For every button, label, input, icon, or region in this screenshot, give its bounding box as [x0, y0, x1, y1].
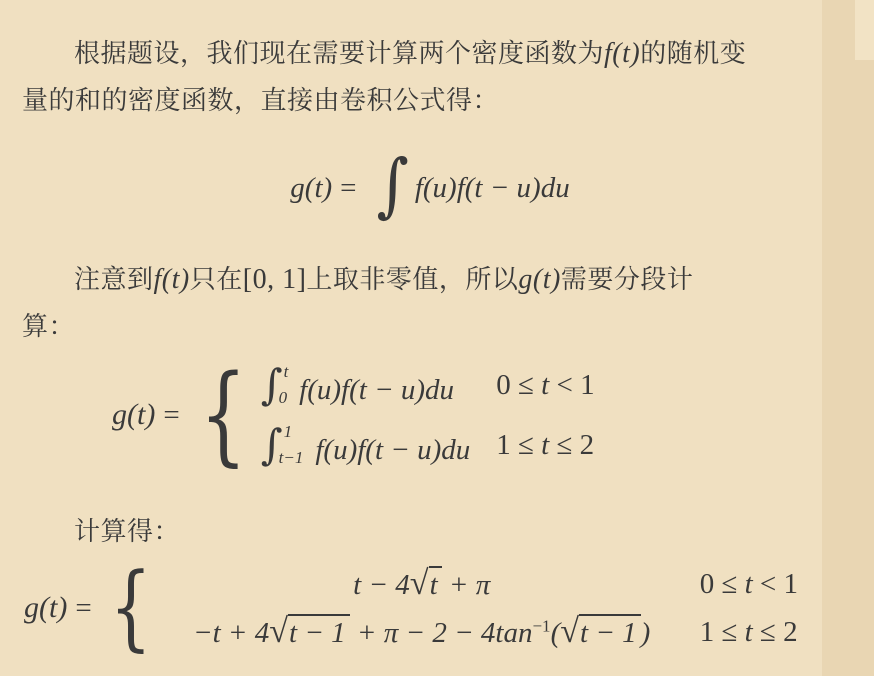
formula-piecewise-result: g(t) = { t − 4√t + π 0 ≤ t < 1 −t + 4√t …	[24, 566, 798, 650]
f1-equals-sign: =	[340, 172, 356, 205]
f3-left-brace: {	[110, 562, 152, 654]
paragraph-3-line: 计算得：	[22, 508, 852, 554]
f2-case-1-lower-limit: 0	[279, 388, 288, 408]
f3-case-1-expression: t − 4√t + π	[166, 566, 678, 602]
paragraph-2: 注意到f(t)只在[0, 1]上取非零值，所以g(t)需要分段计 算：	[22, 256, 852, 349]
f2-case-1-condition: 0 ≤ t < 1	[496, 369, 594, 402]
f2-case-2-integral: ∫1t−1	[261, 422, 309, 468]
f2-case-2-lower-limit: t−1	[279, 448, 304, 468]
cond-var: t	[745, 616, 753, 648]
p1-inline-math-f-t: f(t)	[604, 38, 640, 69]
formula-convolution: g(t) = ∫ f(u)f(t − u)du	[0, 146, 860, 230]
f3-lhs: g(t)	[24, 591, 67, 625]
p2-text-d: 需要分段计	[561, 264, 694, 294]
p2-inline-math-g-t: g(t)	[518, 264, 560, 295]
f2-case-1-integral: ∫t0	[261, 362, 292, 408]
f3-cases: t − 4√t + π 0 ≤ t < 1 −t + 4√t − 1 + π −…	[166, 566, 798, 650]
f2-case-2-expression: ∫1t−1f(u)f(t − u)du	[261, 422, 470, 468]
f2-left-brace: {	[200, 361, 247, 468]
cond-pre: 1 ≤	[496, 429, 541, 461]
p1-line2-text: 量的和的密度函数，直接由卷积公式得：	[22, 85, 499, 115]
p2-inline-math-interval: [0, 1]	[243, 264, 307, 295]
f3-case-2-sqrt-1: √t − 1	[269, 614, 349, 650]
top-right-corner-patch	[855, 0, 874, 60]
cond-pre: 0 ≤	[496, 369, 541, 401]
f3-arctan-exponent: −1	[532, 616, 550, 635]
paragraph-1-line-1: 根据题设，我们现在需要计算两个密度函数为f(t)的随机变	[22, 30, 852, 77]
f2-case-2-limits: 1t−1	[284, 422, 309, 468]
p1-text-b: 的随机变	[640, 38, 746, 68]
f3-case-2-mid: + π − 2 − 4tan	[350, 617, 533, 649]
cond-post: < 1	[753, 568, 798, 600]
cond-pre: 1 ≤	[700, 616, 745, 648]
cond-var: t	[745, 568, 753, 600]
f1-integrand: f(u)f(t − u)du	[415, 172, 570, 205]
f2-equals-sign: =	[163, 399, 179, 432]
p2-text-b: 只在	[190, 264, 243, 294]
f3-case-2-expression: −t + 4√t − 1 + π − 2 − 4tan−1(√t − 1)	[166, 614, 678, 650]
f2-case-2-condition: 1 ≤ t ≤ 2	[496, 429, 594, 462]
cond-post: ≤ 2	[753, 616, 798, 648]
f2-case-2-upper-limit: 1	[284, 422, 309, 442]
f2-case-2-integrand: f(u)f(t − u)du	[315, 434, 470, 466]
f2-case-1-limits: t0	[284, 362, 293, 408]
f3-case-1-condition: 0 ≤ t < 1	[700, 568, 798, 601]
radical-sign: √	[560, 618, 579, 645]
paragraph-2-line-2: 算：	[22, 303, 852, 349]
f3-case-2-pre: −t + 4	[193, 617, 269, 649]
f3-case-2-radicand-2: t − 1	[579, 614, 641, 650]
f3-case-2-radicand-1: t − 1	[288, 614, 350, 650]
f2-case-1-expression: ∫t0f(u)f(t − u)du	[261, 362, 470, 408]
paragraph-2-line-1: 注意到f(t)只在[0, 1]上取非零值，所以g(t)需要分段计	[22, 256, 852, 303]
f3-case-1-post: + π	[442, 569, 491, 601]
f3-equals-sign: =	[75, 592, 91, 625]
radical-sign: √	[410, 570, 429, 597]
f2-cases: ∫t0f(u)f(t − u)du 0 ≤ t < 1 ∫1t−1f(u)f(t…	[261, 362, 595, 468]
cond-post: ≤ 2	[549, 429, 594, 461]
paragraph-1: 根据题设，我们现在需要计算两个密度函数为f(t)的随机变 量的和的密度函数，直接…	[22, 30, 852, 123]
cond-post: < 1	[549, 369, 594, 401]
radical-sign: √	[269, 618, 288, 645]
f3-case-1-radicand: t	[429, 566, 442, 602]
p2-line2-text: 算：	[22, 311, 75, 341]
paragraph-1-line-2: 量的和的密度函数，直接由卷积公式得：	[22, 77, 852, 123]
f3-open-paren: (	[551, 617, 561, 649]
f2-case-1-integrand: f(u)f(t − u)du	[299, 374, 454, 406]
f3-case-2-sqrt-2: √t − 1	[560, 614, 640, 650]
p1-text-a: 根据题设，我们现在需要计算两个密度函数为	[74, 38, 604, 68]
f2-lhs: g(t)	[112, 398, 155, 432]
cond-pre: 0 ≤	[700, 568, 745, 600]
f3-case-1-pre: t − 4	[353, 569, 410, 601]
f1-integral-sign: ∫	[377, 150, 409, 219]
f3-case-1-sqrt: √t	[410, 566, 442, 602]
f3-close-paren: )	[641, 617, 651, 649]
p2-text-a: 注意到	[74, 264, 154, 294]
p2-inline-math-f-t: f(t)	[154, 264, 190, 295]
p2-text-c: 上取非零值，所以	[306, 264, 518, 294]
formula-piecewise-integrals: g(t) = { ∫t0f(u)f(t − u)du 0 ≤ t < 1 ∫1t…	[112, 362, 595, 468]
f3-case-2-condition: 1 ≤ t ≤ 2	[700, 616, 798, 649]
paragraph-3: 计算得：	[22, 508, 852, 554]
f1-lhs: g(t)	[290, 172, 332, 205]
p3-text: 计算得：	[74, 516, 180, 546]
f2-case-1-upper-limit: t	[284, 362, 293, 382]
